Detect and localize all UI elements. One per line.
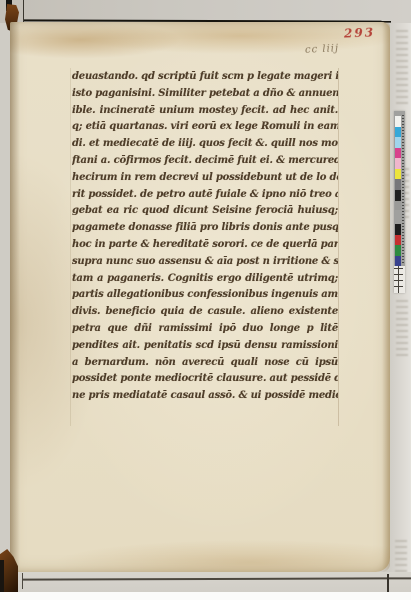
manuscript-text-line: hoc in parte & hereditatē sorori. ce de …	[72, 237, 338, 254]
chapter-mark: cc liij	[305, 43, 340, 56]
scan-background	[0, 592, 411, 600]
manuscript-text-block: deuastando. qd scriptū fuit scm p legate…	[72, 69, 338, 405]
parchment-page: 293 cc liij deuastando. qd scriptū fuit …	[10, 22, 390, 572]
folio-number: 293	[344, 25, 376, 40]
ruler-ticks	[394, 268, 403, 292]
color-patch	[395, 127, 401, 138]
color-patch	[395, 137, 401, 148]
manuscript-text-line: di. et mediecatē de iiij. quos fecit &. …	[72, 136, 338, 153]
manuscript-text-line: pagamete donasse filiā pro libris donis …	[72, 220, 338, 237]
manuscript-text-line: ne pris mediatatē casaul assō. & ui poss…	[72, 388, 338, 405]
color-patch	[395, 201, 401, 210]
manuscript-text-line: ible. incineratē unium mostey fecit. ad …	[72, 103, 338, 120]
frame-rule-vertical-right	[387, 574, 389, 592]
showthrough-text	[60, 4, 360, 9]
color-patch	[395, 245, 401, 256]
color-patch	[395, 256, 401, 267]
backing-sheet-bottom	[0, 572, 411, 592]
showthrough-text	[395, 540, 407, 574]
manuscript-text-line: ftani a. cōfirmos fecit. decimē fuit ei.…	[72, 153, 338, 170]
frame-rule-vertical	[23, 0, 24, 22]
manuscript-photo: 293 cc liij deuastando. qd scriptū fuit …	[0, 0, 411, 592]
frame-tick-left	[22, 573, 23, 589]
color-patch	[395, 158, 401, 169]
ruling-line-right	[338, 68, 339, 426]
scale-ruler	[394, 266, 405, 293]
manuscript-text-line: supra nunc suo assensu & aīa post n irri…	[72, 254, 338, 271]
color-patch	[395, 190, 401, 201]
manuscript-text-line: gebat ea ric quod dicunt Seisine ferociā…	[72, 203, 338, 220]
calibration-bar-label	[402, 115, 404, 265]
manuscript-text-line: divis. beneficio quia de casule. alieno …	[72, 304, 338, 321]
manuscript-text-line: tam a paganeris. Cognitis ergo diligentē…	[72, 271, 338, 288]
manuscript-text-line: rit possidet. de petro autē fuiale & ipn…	[72, 187, 338, 204]
manuscript-text-line: petra que dñi ramissimi ipō duo longe p …	[72, 321, 338, 338]
ruling-line-left	[70, 68, 71, 426]
manuscript-text-line: pendites ait. penitatis scd ipsū densu r…	[72, 338, 338, 355]
color-patch	[395, 179, 401, 190]
manuscript-text-line: partis allegationibus confessionibus ing…	[72, 287, 338, 304]
manuscript-text-line: hecirum in rem decrevi ul possidebunt ut…	[72, 170, 338, 187]
manuscript-text-line: possidet ponte mediocritē clausure. aut …	[72, 371, 338, 388]
manuscript-text-line: q; etiā quartanas. viri eorū ex lege Rom…	[72, 119, 338, 136]
book-spine-edge-bottom	[0, 560, 4, 592]
showthrough-text	[396, 300, 408, 360]
color-patch	[395, 224, 401, 235]
manuscript-text-line: a bernardum. nōn averecū quali nose cū i…	[72, 355, 338, 372]
color-patch	[395, 235, 401, 246]
showthrough-text	[90, 12, 340, 17]
color-patch	[395, 116, 401, 127]
showthrough-text	[396, 30, 408, 108]
manuscript-text-line: isto paganisini. Similiter petebat a dño…	[72, 86, 338, 103]
color-patch	[395, 148, 401, 159]
manuscript-text-line: deuastando. qd scriptū fuit scm p legate…	[72, 69, 338, 86]
color-patch	[395, 169, 401, 180]
color-calibration-bar	[394, 111, 405, 293]
